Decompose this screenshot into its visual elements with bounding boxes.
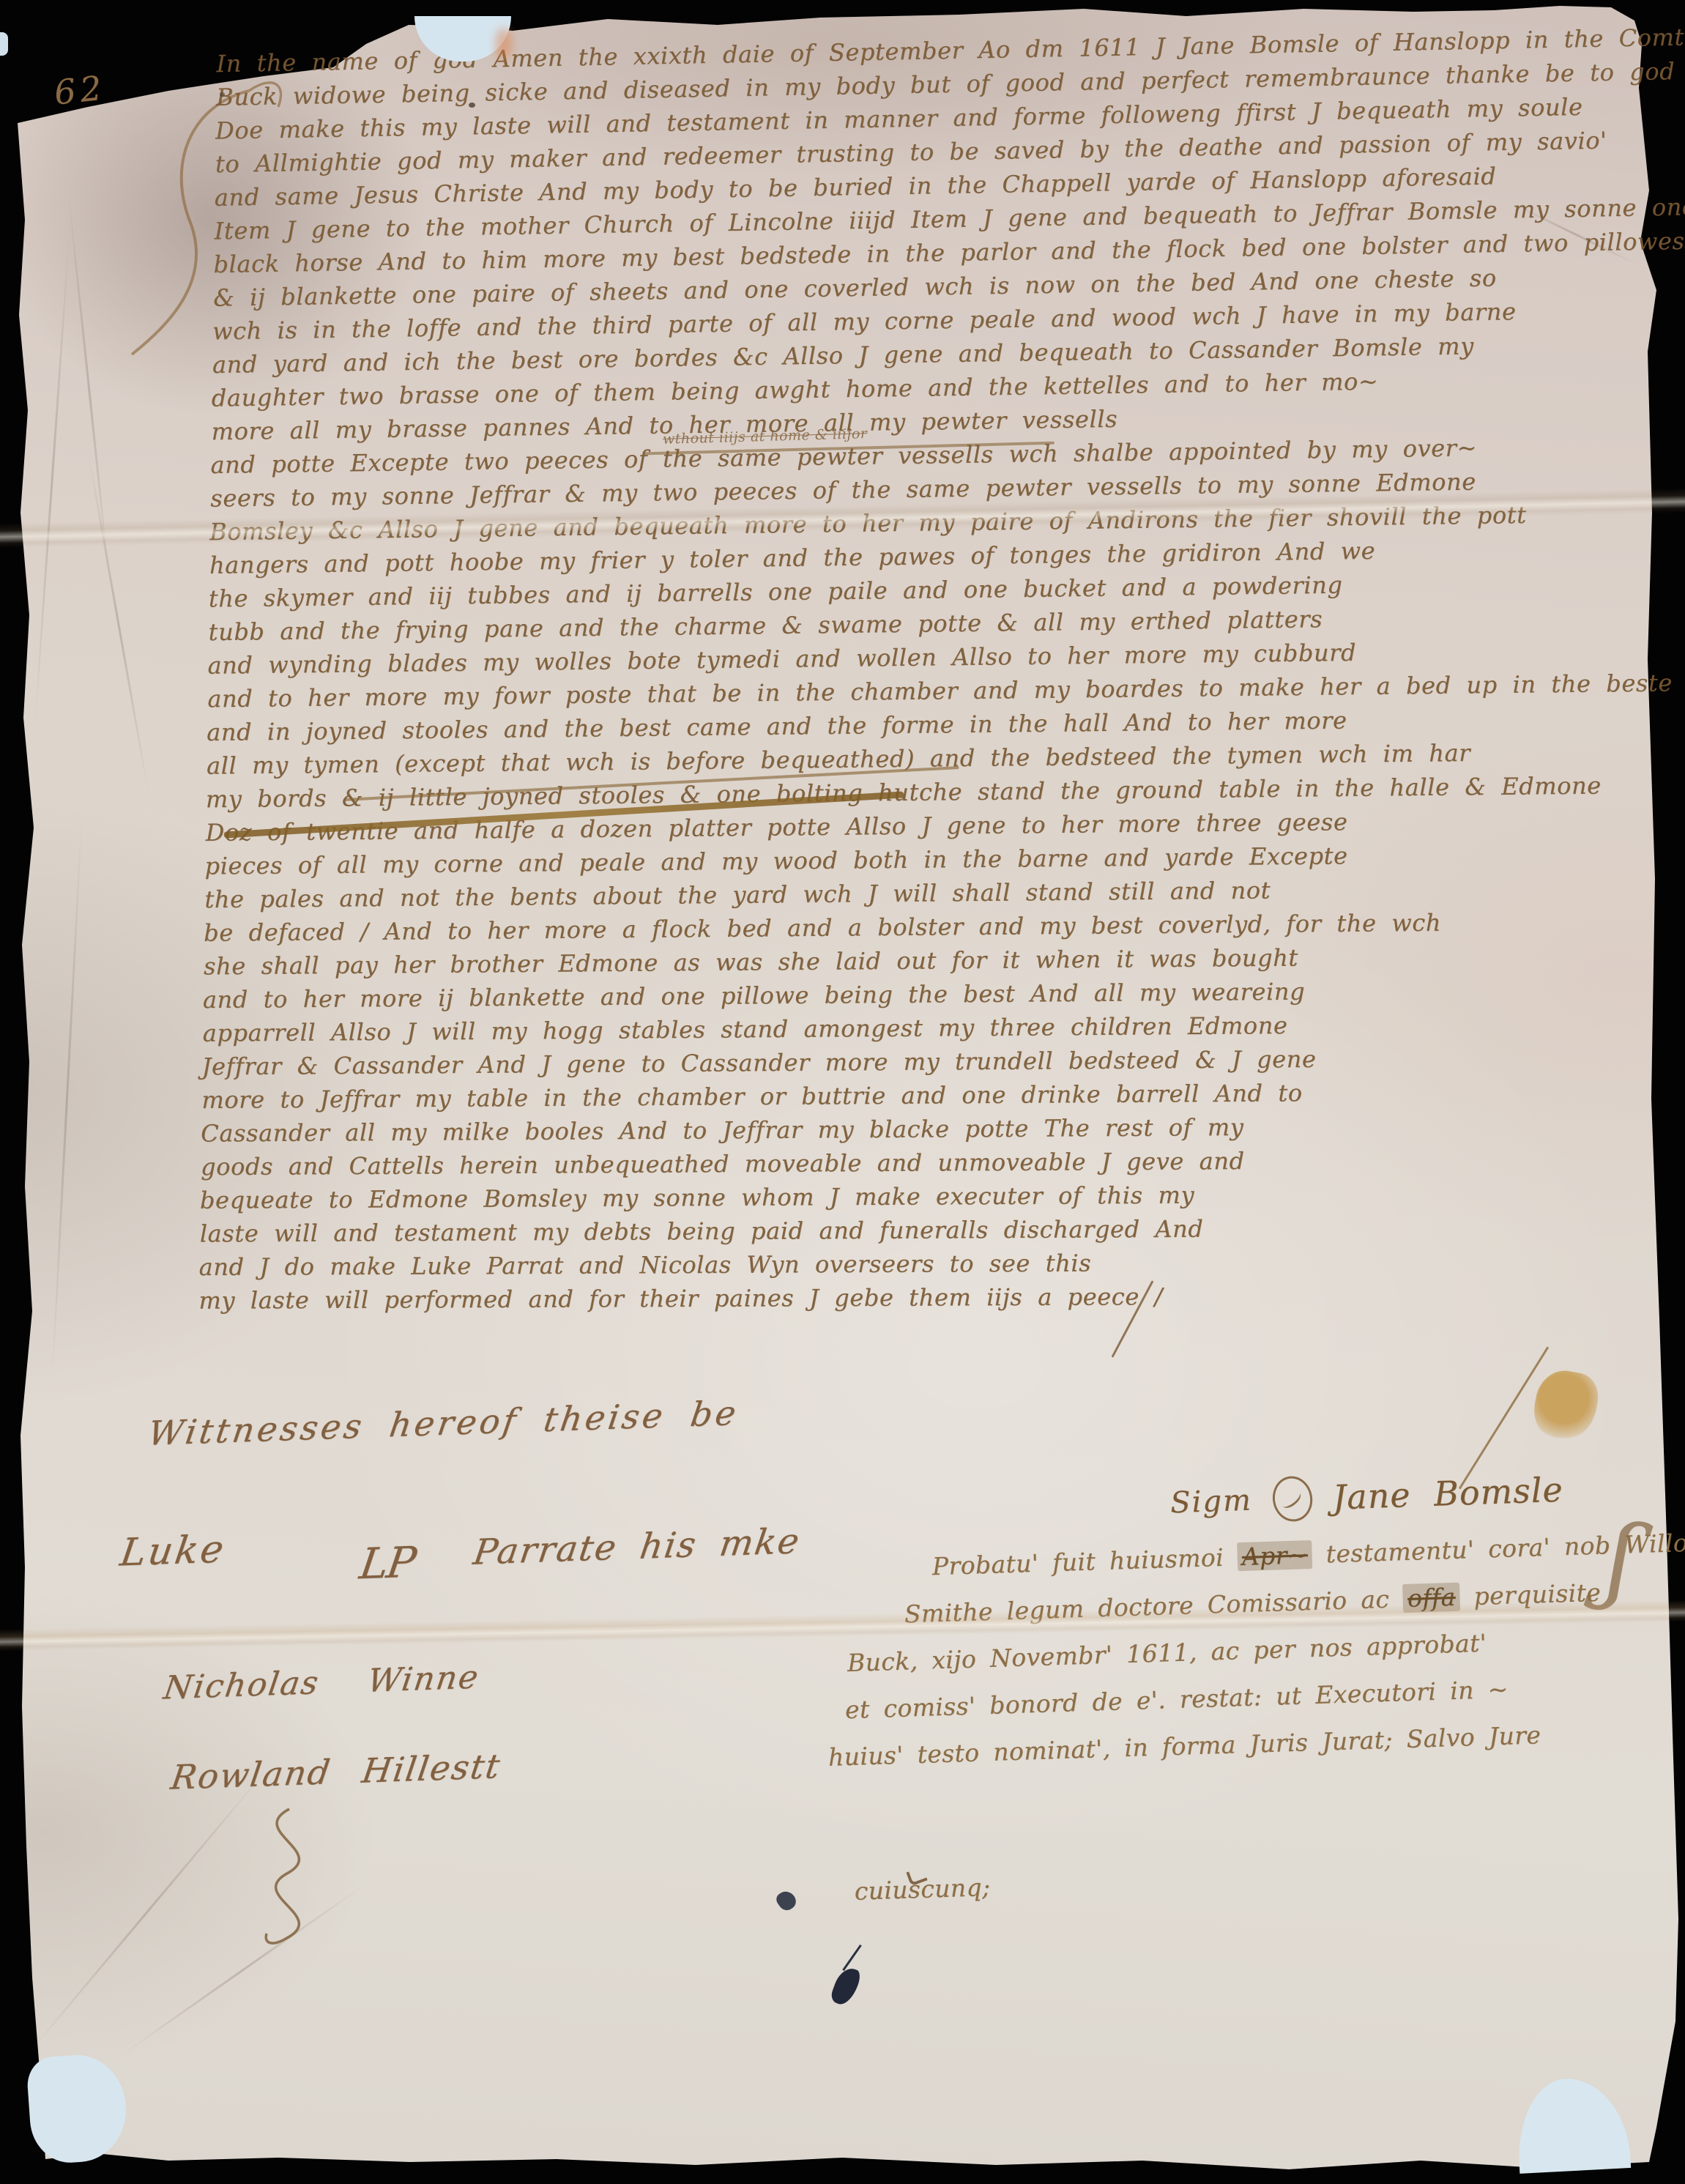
signature-mark-icon bbox=[1269, 1473, 1316, 1524]
photo-background: 62 In the name of god Amen the xxixth da… bbox=[0, 0, 1685, 2184]
will-text-block: In the name of god Amen the xxixth daie … bbox=[146, 21, 1671, 1328]
rowland-flourish-icon bbox=[234, 1803, 344, 1953]
ink-speck bbox=[469, 103, 475, 108]
witness-mark-lp: LP bbox=[357, 1537, 418, 1589]
signature-name: Jane Bomsle bbox=[1332, 1470, 1564, 1518]
probate-struck-word: offa bbox=[1402, 1583, 1460, 1613]
will-line: my laste will performed and for their pa… bbox=[198, 1277, 1671, 1317]
witness-luke: Luke bbox=[117, 1528, 228, 1575]
probate-block: Probatu' fuit huiusmoi Apr~ testamentu' … bbox=[822, 1519, 1685, 1916]
mount-notch-rim bbox=[495, 28, 513, 60]
probate-struck-word: Apr~ bbox=[1237, 1540, 1312, 1571]
mount-sliver-left bbox=[0, 32, 8, 56]
signature-label: Sigm bbox=[1169, 1483, 1252, 1520]
ink-speck bbox=[220, 92, 225, 97]
folio-number: 62 bbox=[52, 67, 108, 112]
